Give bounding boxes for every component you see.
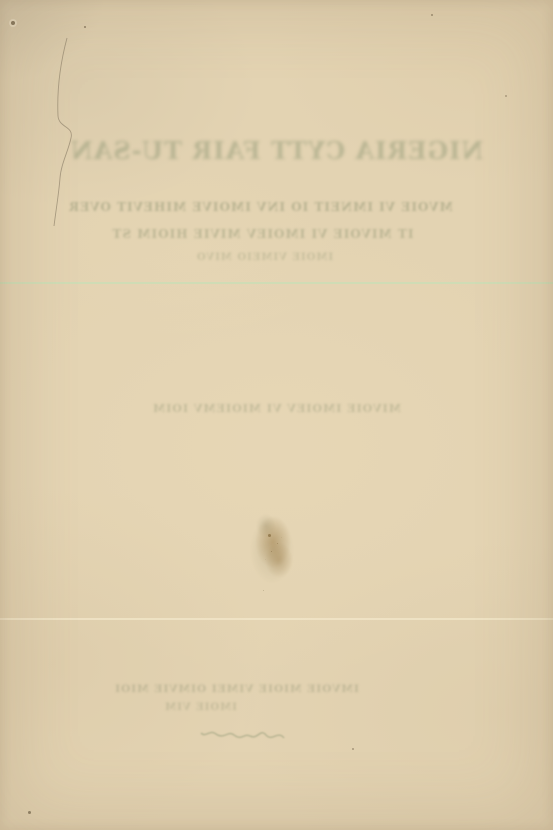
ink-stain-flecks xyxy=(268,534,271,537)
paper-speck xyxy=(11,21,15,25)
ink-stain xyxy=(243,506,307,594)
scanned-book-page: NIGERIA CYTT FAIR TU-SAN MVOIE VI IMNEIT… xyxy=(0,0,553,830)
crease-line xyxy=(0,618,553,620)
bleedthrough-lower-line-1: IMVOIE MIOIE VIMEI OIMVIE MIOI xyxy=(0,683,513,695)
bleedthrough-title-line: NIGERIA CYTT FAIR TU-SAN xyxy=(0,136,553,165)
paper-speck xyxy=(28,811,31,814)
paper-speck xyxy=(84,26,86,28)
bleedthrough-subtitle-line-1: MVOIE VI IMNEIT IO INV IMOIVE MIHEVIT OV… xyxy=(0,200,537,214)
bleedthrough-lower-line-2: IMOIE VIM xyxy=(0,702,477,713)
bleedthrough-imprint-line: MIVOIE IMOIEV VI MIOIEMV IOIM xyxy=(0,402,553,415)
script-bleed-squiggle xyxy=(198,724,288,748)
bleedthrough-subtitle-line-3: IMOIE VIMEIO MIVO xyxy=(0,252,541,263)
paper-speck xyxy=(352,748,354,750)
paper-speck xyxy=(431,14,433,16)
bleedthrough-subtitle-line-2: IT MIVOIE VI IMOIEV MIVIE HIOIM ST xyxy=(0,227,539,241)
green-rule-line xyxy=(0,282,553,284)
paper-speck xyxy=(505,95,507,97)
